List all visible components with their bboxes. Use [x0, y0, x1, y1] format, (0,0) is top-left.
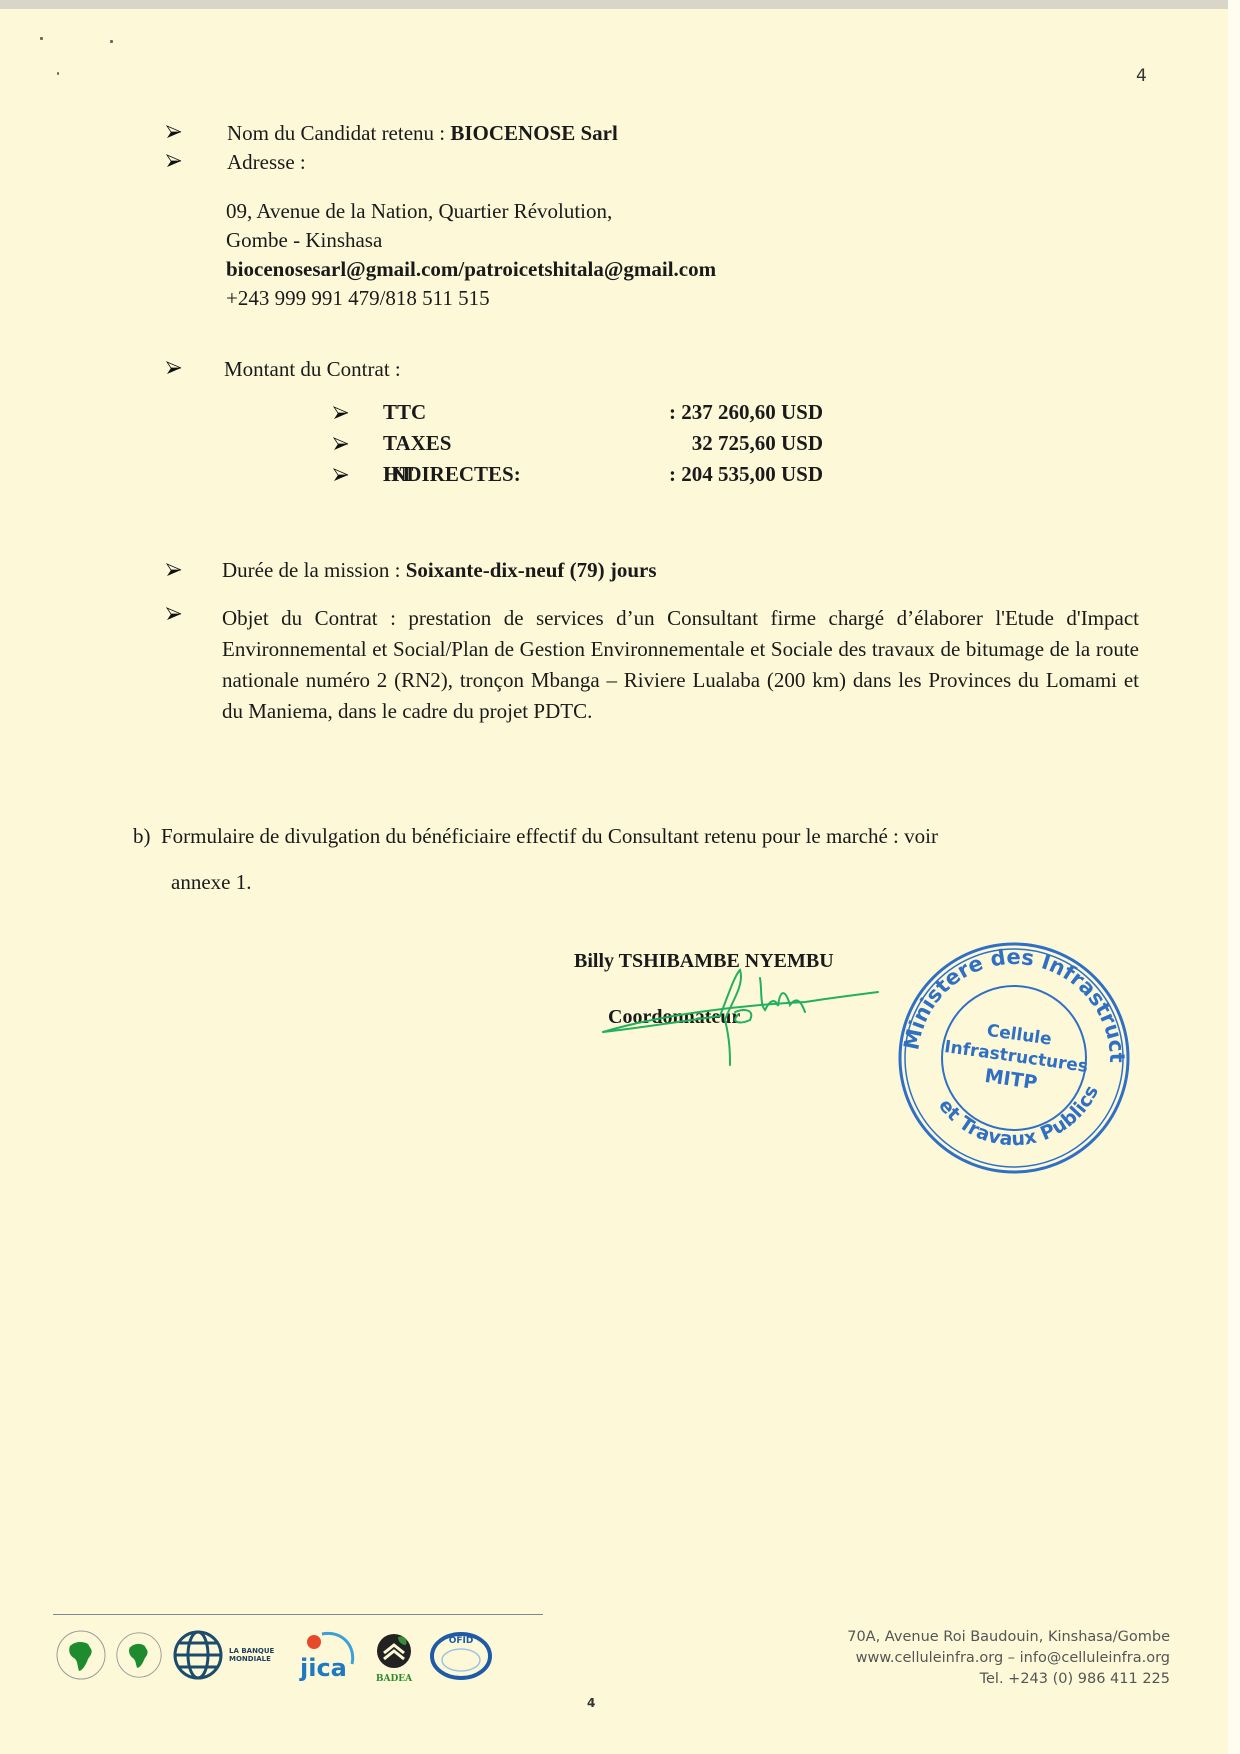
amount-label-ht: HT — [383, 459, 413, 490]
candidate-name-value: BIOCENOSE Sarl — [450, 121, 617, 145]
amount-value-ht: : 204 535,00 USD — [593, 459, 823, 490]
footer-phone: Tel. +243 (0) 986 411 225 — [847, 1669, 1170, 1690]
scan-speck — [40, 37, 43, 40]
footer-contact: 70A, Avenue Roi Baudouin, Kinshasa/Gombe… — [847, 1627, 1170, 1690]
bullet-arrow-icon — [333, 467, 349, 483]
scan-right-edge — [1228, 0, 1240, 1754]
bullet-arrow-icon — [166, 606, 182, 622]
candidate-name-line: Nom du Candidat retenu : BIOCENOSE Sarl — [227, 119, 618, 147]
scan-top-edge — [0, 0, 1240, 9]
bullet-arrow-icon — [333, 405, 349, 421]
bullet-arrow-icon — [333, 436, 349, 452]
contract-object-paragraph: Objet du Contrat : prestation de service… — [222, 603, 1139, 727]
section-b-marker: b) — [133, 824, 151, 848]
ofid-logo-icon: OFID — [428, 1628, 494, 1682]
bullet-arrow-icon — [166, 360, 182, 376]
candidate-email: biocenosesarl@gmail.com/patroicetshitala… — [226, 255, 716, 284]
jica-logo-icon: jica — [294, 1628, 360, 1682]
badea-logo-icon: BADEA — [368, 1627, 420, 1683]
amount-label-ttc: TTC — [383, 397, 426, 428]
duration-value: Soixante-dix-neuf (79) jours — [406, 558, 657, 582]
world-bank-logo-icon: LA BANQUEMONDIALE — [171, 1628, 286, 1682]
section-b: b) Formulaire de divulgation du bénéfici… — [133, 822, 938, 850]
afdb-logo-icon — [55, 1629, 107, 1681]
svg-text:jica: jica — [299, 1654, 347, 1682]
afdf-logo-icon — [115, 1631, 163, 1679]
amount-value-ttc: : 237 260,60 USD — [593, 397, 823, 428]
partner-logos: LA BANQUEMONDIALE jica BADEA OFID — [55, 1625, 494, 1685]
official-stamp: Ministere des Infrastructures et Travaux… — [888, 930, 1138, 1180]
scan-speck — [57, 72, 59, 75]
address-label: Adresse : — [227, 148, 306, 176]
footer-web-email: www.celluleinfra.org – info@celluleinfra… — [847, 1648, 1170, 1669]
svg-text:BADEA: BADEA — [376, 1674, 413, 1683]
section-b-continuation: annexe 1. — [171, 870, 251, 895]
page-number-top: 4 — [1136, 66, 1147, 86]
candidate-name-label: Nom du Candidat retenu : — [227, 121, 450, 145]
duration-label: Durée de la mission : — [222, 558, 406, 582]
address-line-1: 09, Avenue de la Nation, Quartier Révolu… — [226, 197, 612, 226]
world-bank-text: LA BANQUEMONDIALE — [229, 1647, 274, 1663]
scan-speck — [110, 40, 113, 43]
handwritten-signature — [580, 950, 880, 1080]
page-number-bottom: 4 — [587, 1696, 595, 1710]
bullet-arrow-icon — [166, 124, 182, 140]
footer-address: 70A, Avenue Roi Baudouin, Kinshasa/Gombe — [847, 1627, 1170, 1648]
footer-divider — [53, 1614, 543, 1615]
stamp-center-line-3: MITP — [983, 1065, 1038, 1094]
bullet-arrow-icon — [166, 562, 182, 578]
svg-text:OFID: OFID — [449, 1636, 474, 1646]
candidate-phone: +243 999 991 479/818 511 515 — [226, 284, 490, 313]
amount-label: Montant du Contrat : — [224, 355, 401, 383]
bullet-arrow-icon — [166, 153, 182, 169]
address-line-2: Gombe - Kinshasa — [226, 226, 382, 255]
duration-line: Durée de la mission : Soixante-dix-neuf … — [222, 556, 657, 584]
amount-value-taxes: 32 725,60 USD — [593, 428, 823, 459]
section-b-text: Formulaire de divulgation du bénéficiair… — [161, 824, 938, 848]
